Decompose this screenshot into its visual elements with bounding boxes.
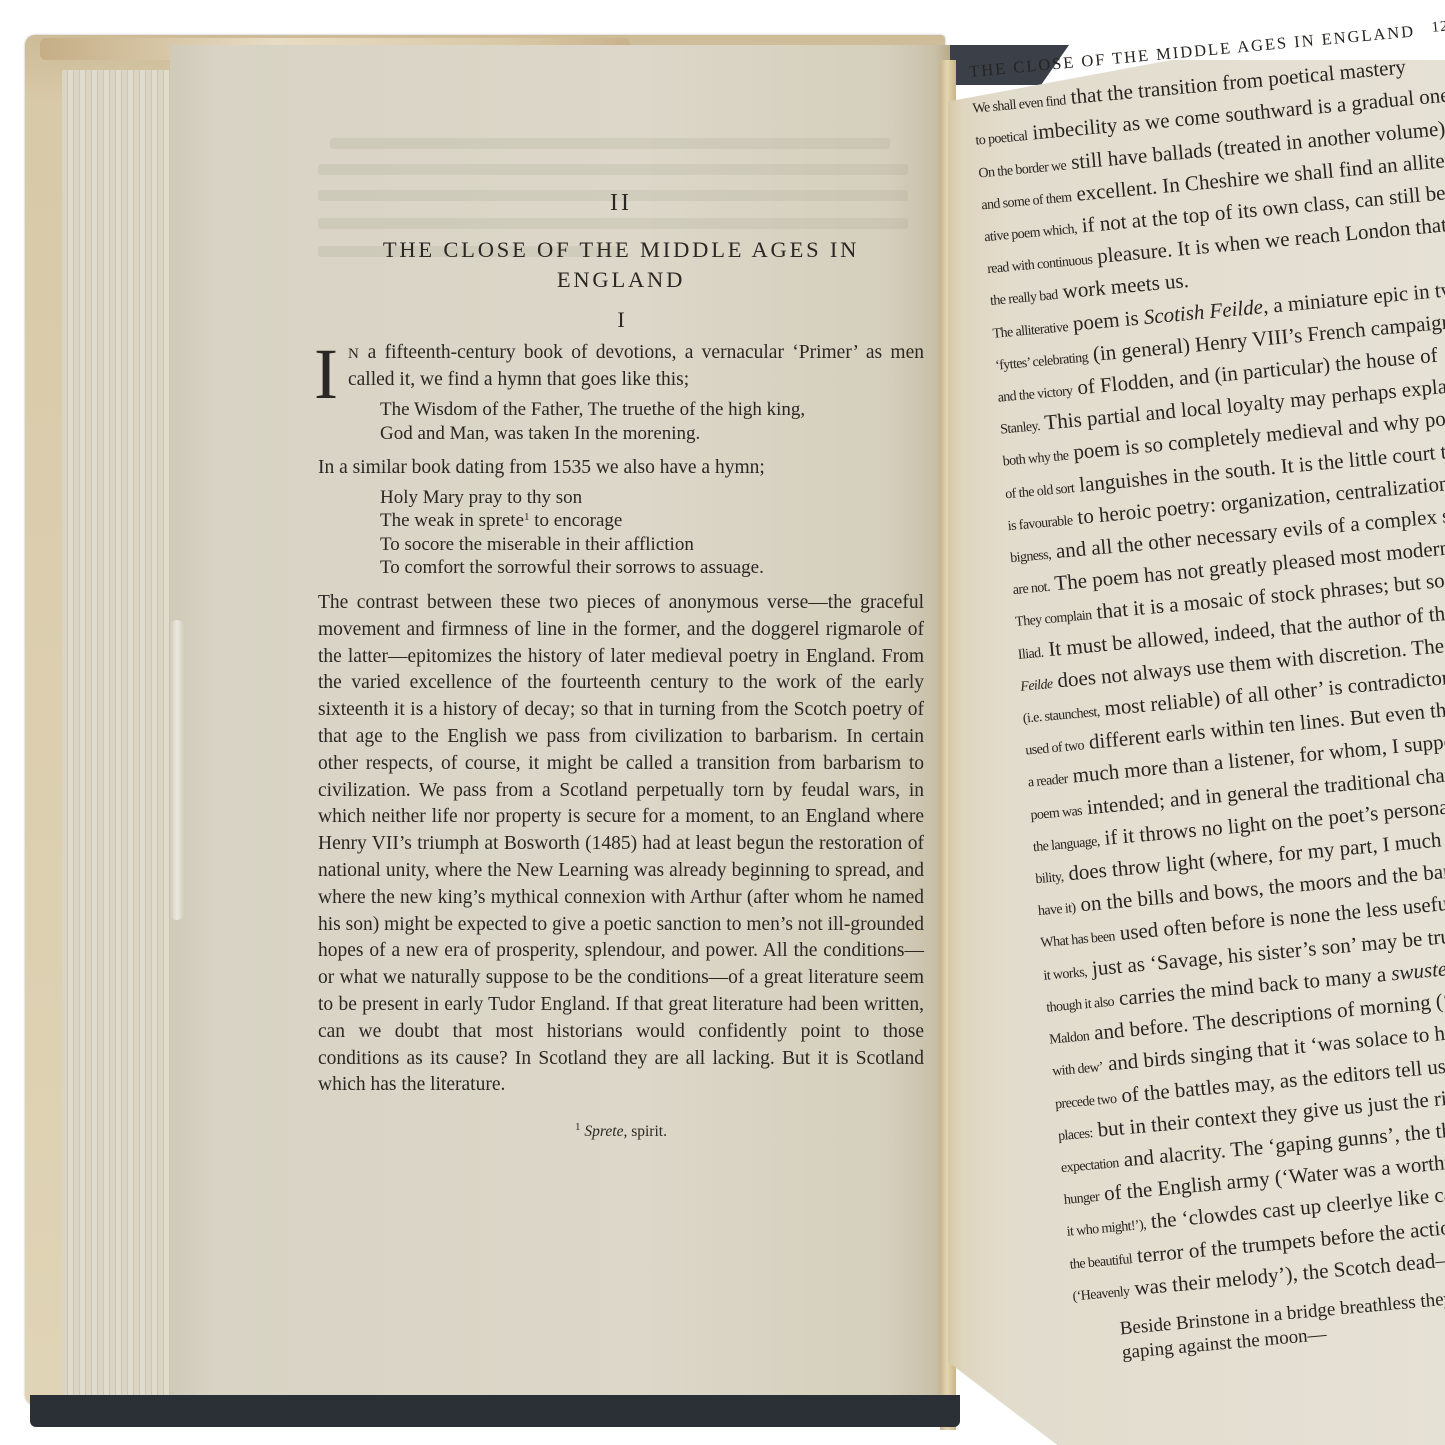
line-start: (‘Heavenly bbox=[1072, 1284, 1130, 1304]
verse-line: The Wisdom of the Father, The truethe of… bbox=[380, 398, 924, 422]
paragraph: In a similar book dating from 1535 we al… bbox=[318, 455, 924, 482]
verse-line: Holy Mary pray to thy son bbox=[380, 486, 924, 510]
line-start: What has been bbox=[1040, 930, 1116, 952]
chapter-number: II bbox=[318, 190, 924, 217]
line-start: the language, bbox=[1032, 834, 1100, 855]
footnote-gloss: , spirit. bbox=[623, 1123, 667, 1140]
line-start: places: bbox=[1057, 1126, 1093, 1144]
line-start: both why the bbox=[1002, 449, 1069, 470]
show-through bbox=[318, 164, 908, 175]
line-start: They complain bbox=[1015, 609, 1093, 631]
line-start: of the old sort bbox=[1005, 481, 1075, 502]
line-start: bility, bbox=[1035, 870, 1064, 887]
line-start: Maldon bbox=[1049, 1029, 1090, 1048]
show-through bbox=[330, 138, 890, 149]
line-start: a reader bbox=[1027, 772, 1068, 791]
line-start: the really bad bbox=[990, 288, 1059, 309]
main-paragraph: The contrast between these two pieces of… bbox=[318, 590, 924, 1099]
line-start: it who might!’), bbox=[1066, 1218, 1146, 1240]
line-start: ative poem which, bbox=[984, 222, 1078, 245]
footnote: 1 Sprete, spirit. bbox=[318, 1119, 924, 1146]
chapter-title-line-2: ENGLAND bbox=[557, 267, 685, 292]
opening-paragraph: IN a fifteenth-century book of devotions… bbox=[318, 340, 924, 395]
verse-quotation-2: Holy Mary pray to thy son The weak in sp… bbox=[380, 486, 924, 580]
page-number: 121 bbox=[1430, 12, 1445, 42]
line-start: We shall even find bbox=[972, 94, 1066, 117]
page-glare bbox=[170, 620, 184, 920]
line-start: and some of them bbox=[981, 190, 1072, 213]
line-start: to poetical bbox=[975, 129, 1028, 149]
line-start: expectation bbox=[1060, 1156, 1119, 1176]
footnote-mark: 1 bbox=[575, 1121, 581, 1133]
opening-smallcap: N bbox=[348, 346, 359, 362]
line-start: Iliad. bbox=[1017, 645, 1044, 662]
line-start: poem was bbox=[1030, 803, 1083, 823]
line-start: it works, bbox=[1043, 965, 1088, 984]
line-start: hunger bbox=[1063, 1190, 1099, 1208]
line-start: The alliterative bbox=[992, 320, 1069, 342]
line-start: is favourable bbox=[1007, 513, 1073, 534]
line-start: the beautiful bbox=[1069, 1252, 1133, 1273]
page-block-edges bbox=[62, 70, 177, 1405]
chapter-title: THE CLOSE OF THE MIDDLE AGES IN ENGLAND bbox=[318, 235, 924, 295]
line-start: used of two bbox=[1025, 739, 1085, 759]
footnote-term: Sprete bbox=[584, 1123, 623, 1140]
drop-cap: I bbox=[314, 342, 338, 406]
line-start: are not. bbox=[1012, 580, 1050, 598]
line-start: On the border we bbox=[978, 158, 1067, 181]
line-start: bigness, bbox=[1010, 548, 1052, 567]
line-start: though it also bbox=[1046, 995, 1115, 1016]
line-start: have it) bbox=[1037, 901, 1076, 919]
line-start: (i.e. staunchest, bbox=[1022, 705, 1100, 727]
opening-text: a fifteenth-century book of devotions, a… bbox=[348, 342, 924, 391]
book-cover-bottom bbox=[30, 1395, 960, 1427]
verse-line: To comfort the sorrowful their sorrows t… bbox=[380, 556, 924, 580]
verse-line: To socore the miserable in their afflict… bbox=[380, 533, 924, 557]
line-start: with dew’ bbox=[1052, 1060, 1104, 1080]
line-text: poem is bbox=[1067, 305, 1145, 336]
chapter-title-line-1: THE CLOSE OF THE MIDDLE AGES IN bbox=[383, 237, 859, 262]
section-number: I bbox=[318, 307, 924, 334]
left-page-text: II THE CLOSE OF THE MIDDLE AGES IN ENGLA… bbox=[318, 190, 924, 1146]
line-start: ‘fyttes’ celebrating bbox=[995, 350, 1089, 373]
verse-quotation-1: The Wisdom of the Father, The truethe of… bbox=[380, 398, 924, 445]
line-start: Stanley. bbox=[1000, 419, 1041, 438]
line-start: Feilde bbox=[1020, 677, 1053, 695]
line-start: and the victory bbox=[997, 384, 1073, 406]
line-start: precede two bbox=[1055, 1091, 1118, 1112]
open-book-photo: II THE CLOSE OF THE MIDDLE AGES IN ENGLA… bbox=[0, 0, 1445, 1445]
verse-line: The weak in sprete1 to encorage bbox=[380, 509, 924, 533]
line-start: read with continuous bbox=[987, 253, 1093, 277]
verse-line: God and Man, was taken In the morening. bbox=[380, 422, 924, 446]
